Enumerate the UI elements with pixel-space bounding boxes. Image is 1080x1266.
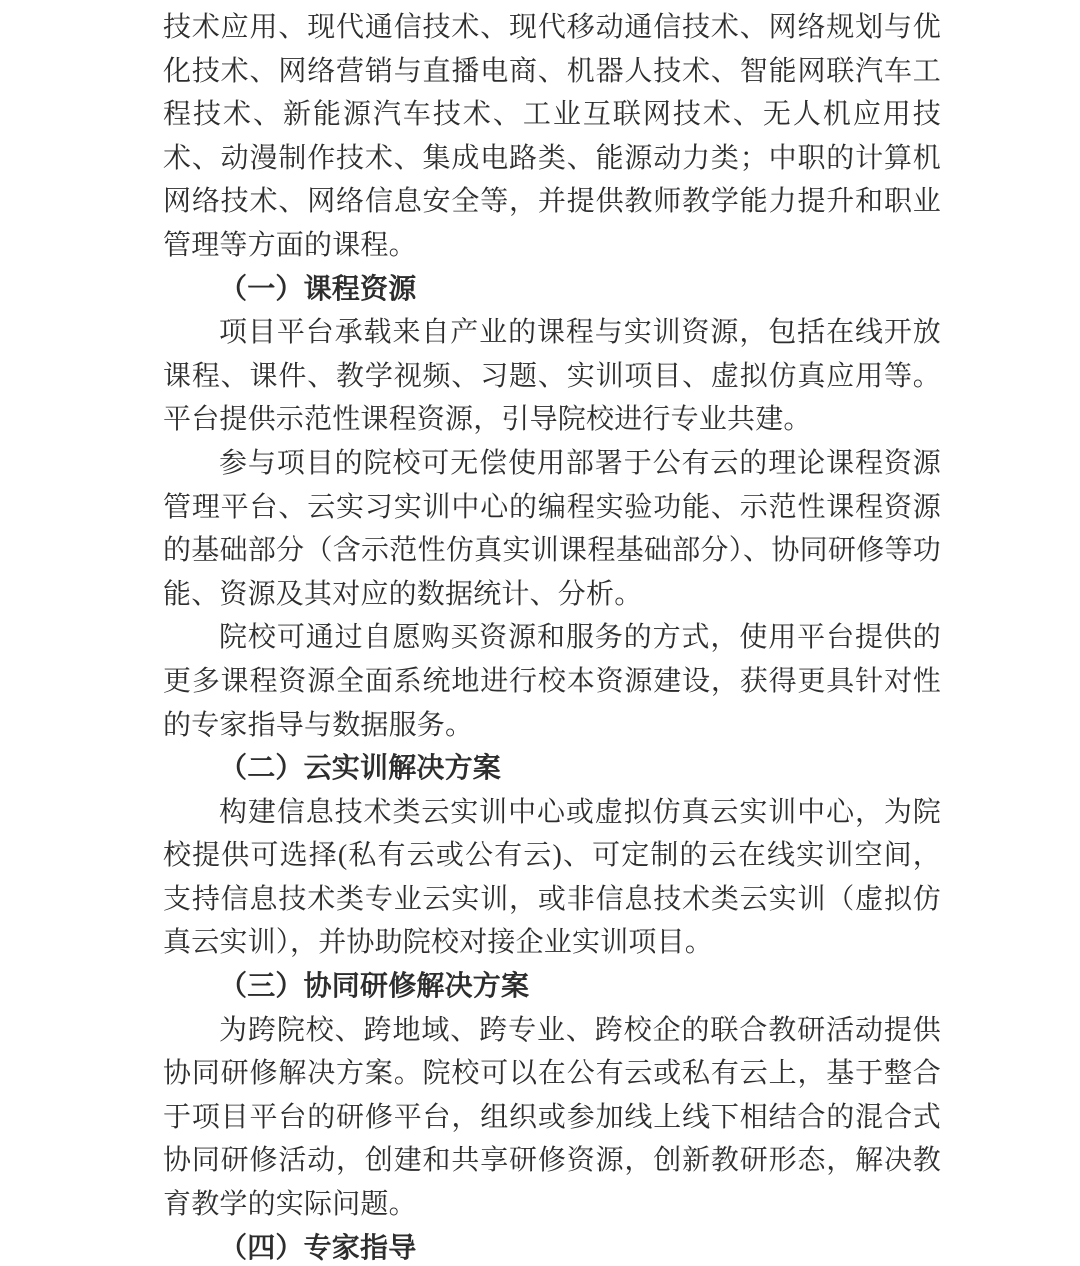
section-heading-expert-guidance: （四）专家指导: [163, 1227, 941, 1266]
body-paragraph: 项目平台承载来自产业的课程与实训资源，包括在线开放课程、课件、教学视频、习题、实…: [163, 311, 941, 442]
body-paragraph: 构建信息技术类云实训中心或虚拟仿真云实训中心，为院校提供可选择(私有云或公有云)…: [163, 791, 941, 965]
body-paragraph: 参与项目的院校可无偿使用部署于公有云的理论课程资源管理平台、云实习实训中心的编程…: [163, 442, 941, 616]
body-paragraph: 院校可通过自愿购买资源和服务的方式，使用平台提供的更多课程资源全面系统地进行校本…: [163, 616, 941, 747]
section-heading-collaborative-research-solution: （三）协同研修解决方案: [163, 965, 941, 1009]
body-paragraph: 为跨院校、跨地域、跨专业、跨校企的联合教研活动提供协同研修解决方案。院校可以在公…: [163, 1009, 941, 1227]
body-paragraph-continuation: 技术应用、现代通信技术、现代移动通信技术、网络规划与优化技术、网络营销与直播电商…: [163, 6, 941, 268]
section-heading-course-resources: （一）课程资源: [163, 268, 941, 312]
document-page: 技术应用、现代通信技术、现代移动通信技术、网络规划与优化技术、网络营销与直播电商…: [0, 0, 1080, 1266]
section-heading-cloud-training-solution: （二）云实训解决方案: [163, 747, 941, 791]
